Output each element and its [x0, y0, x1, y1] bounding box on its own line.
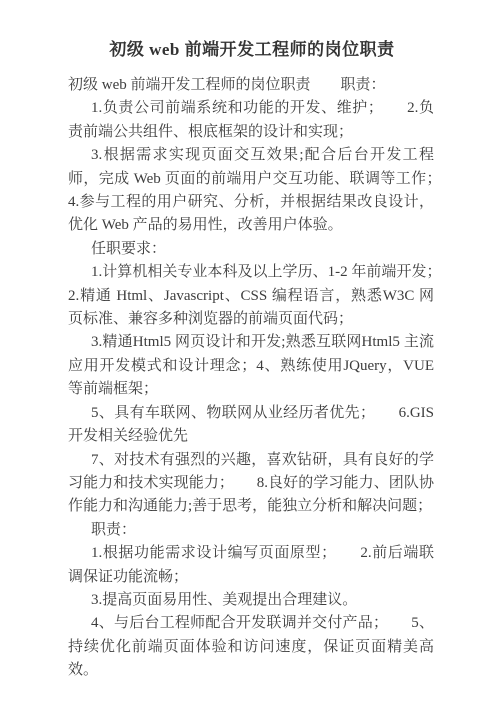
- paragraph: 初级 web 前端开发工程师的岗位职责 职责：: [68, 74, 434, 97]
- paragraph: 3.精通Html5 网页设计和开发;熟悉互联网Html5 主流应用开发模式和设计…: [68, 331, 434, 401]
- paragraph: 1.计算机相关专业本科及以上学历、1-2 年前端开发； 2.精通 Html、Ja…: [68, 261, 434, 331]
- paragraph: 职责：: [68, 519, 434, 542]
- paragraph: 1.负责公司前端系统和功能的开发、维护； 2.负责前端公共组件、根底框架的设计和…: [68, 97, 434, 144]
- document-title: 初级 web 前端开发工程师的岗位职责: [68, 40, 436, 60]
- paragraph: 1.根据功能需求设计编写页面原型； 2.前后端联调保证功能流畅；: [68, 542, 434, 589]
- paragraph: 任职要求：: [68, 238, 434, 261]
- document-body: 初级 web 前端开发工程师的岗位职责 职责：1.负责公司前端系统和功能的开发、…: [68, 74, 434, 683]
- paragraph: 7、对技术有强烈的兴趣，喜欢钻研，具有良好的学习能力和技术实现能力； 8.良好的…: [68, 449, 434, 519]
- paragraph: 5、具有车联网、物联网从业经历者优先； 6.GIS 开发相关经验优先: [68, 402, 434, 449]
- document-page: 初级 web 前端开发工程师的岗位职责 初级 web 前端开发工程师的岗位职责 …: [0, 0, 500, 707]
- paragraph: 3.提高页面易用性、美观提出合理建议。: [68, 589, 434, 612]
- paragraph: 3.根据需求实现页面交互效果;配合后台开发工程师，完成 Web 页面的前端用户交…: [68, 144, 434, 238]
- paragraph: 4、与后台工程师配合开发联调并交付产品； 5、持续优化前端页面体验和访问速度，保…: [68, 612, 434, 682]
